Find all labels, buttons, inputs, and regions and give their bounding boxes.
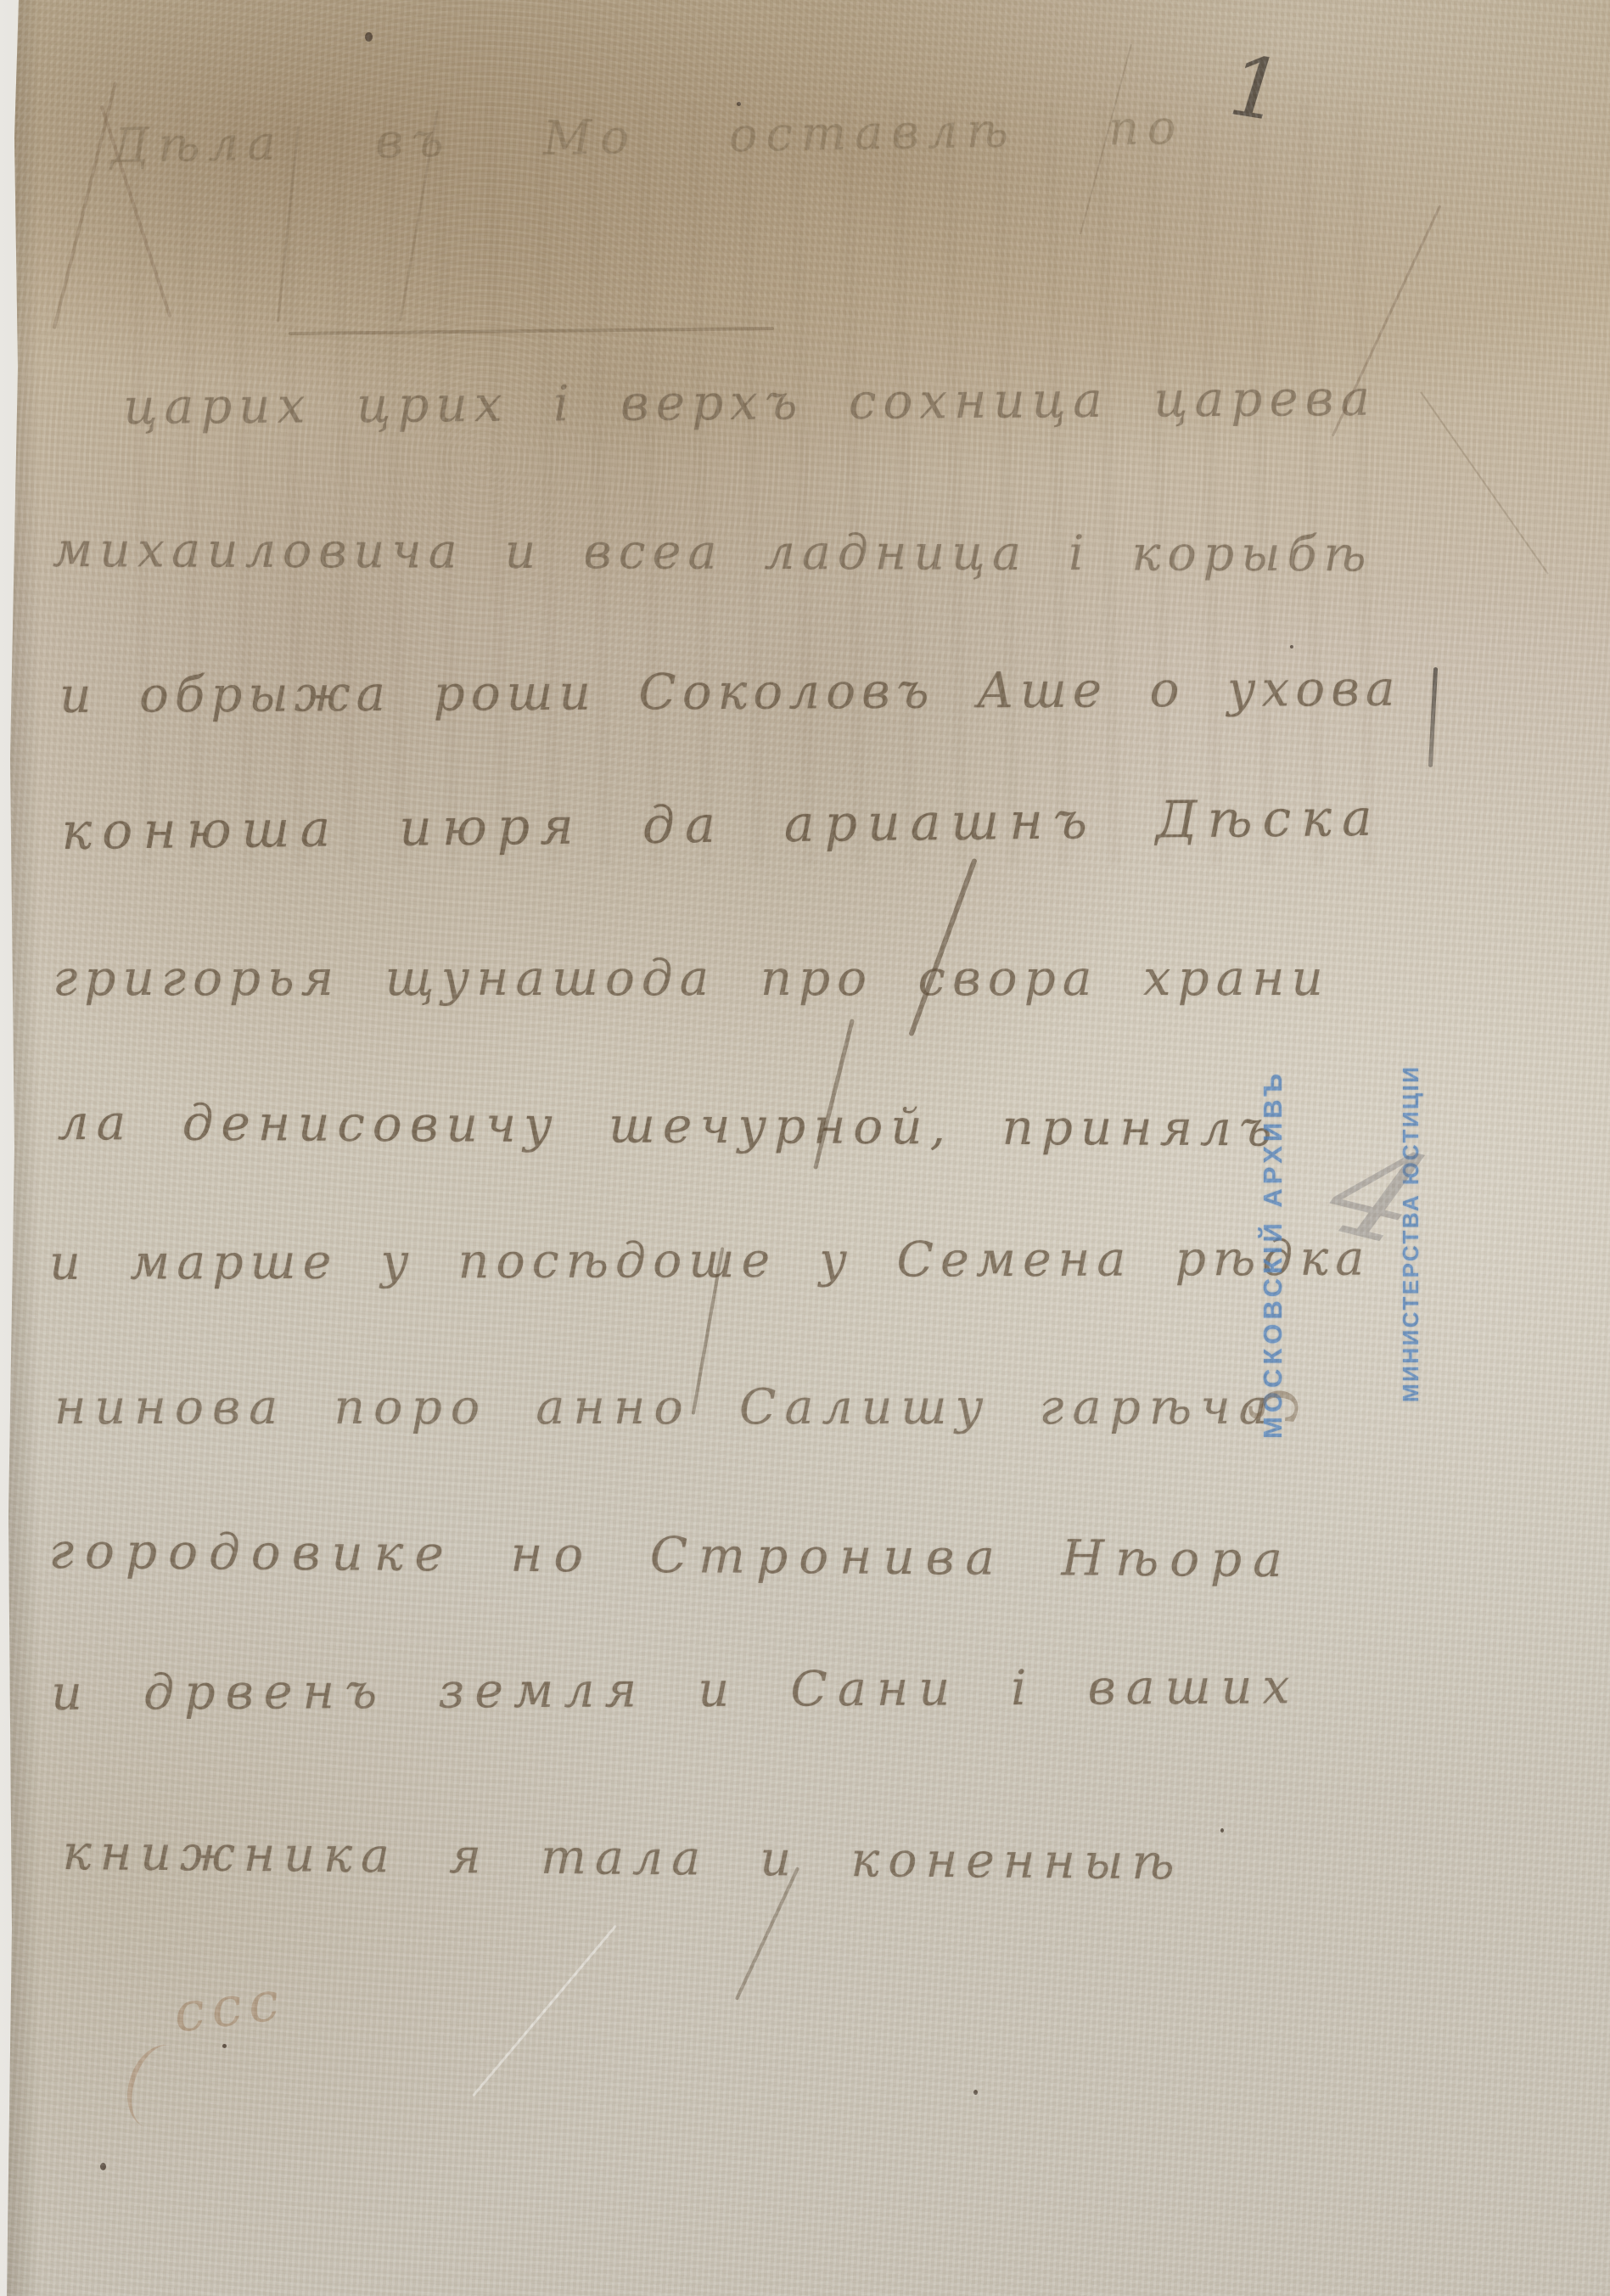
bottom-flourish: ссс — [171, 1969, 289, 2045]
left-edge-shadow — [0, 0, 39, 2296]
photo-backdrop: Дѣла въ Мо оставлѣ по 1 царих црих і вер… — [0, 0, 1610, 2296]
descender-flourish — [908, 858, 978, 1037]
manuscript-line: и дрвенъ земля и Сани і ваших — [51, 1659, 1300, 1721]
manuscript-line: григорья щунашода про свора храни — [53, 949, 1330, 1007]
paper-streak-texture — [102, 102, 1375, 866]
manuscript-line: и обрыжа роши Соколовъ Аше о ухова — [59, 660, 1401, 724]
paper-speck — [973, 2090, 978, 2095]
manuscript-line: и марше у посѣдоше у Семена рѣдка — [49, 1231, 1371, 1291]
manuscript-line: книжника я тала и коненныѣ — [62, 1825, 1183, 1891]
manuscript-page: Дѣла въ Мо оставлѣ по 1 царих црих і вер… — [0, 0, 1610, 2296]
manuscript-line: нинова поро анно Салишу гарѣча — [54, 1379, 1276, 1435]
paper-speck — [365, 32, 373, 42]
paper-speck — [100, 2163, 106, 2170]
ink-curl-mark: ς — [1245, 1384, 1324, 1428]
pencil-mark: 4 — [1304, 1119, 1450, 1274]
manuscript-line: городовике но Стронива Нѣора — [49, 1522, 1294, 1588]
manuscript-line: ла денисовичу шечурной, принялъ — [58, 1093, 1280, 1158]
flourish-tail — [117, 2037, 199, 2136]
paper-speck — [222, 2044, 227, 2048]
manuscript-line: михаиловича и всеа ладница і корыбѣ — [53, 522, 1373, 582]
archive-stamp-line-1: МОСКОВСКІЙ АРХИВЪ — [1256, 1069, 1290, 1439]
paper-speck — [1290, 645, 1293, 648]
margin-mark — [1428, 667, 1438, 767]
paper-speck — [1220, 1828, 1224, 1833]
paper-crease-light — [472, 1925, 617, 2097]
paper-speck — [737, 102, 741, 106]
manuscript-line: царих црих і верхъ сохница царева — [123, 369, 1377, 435]
paper-crease — [1420, 391, 1549, 575]
